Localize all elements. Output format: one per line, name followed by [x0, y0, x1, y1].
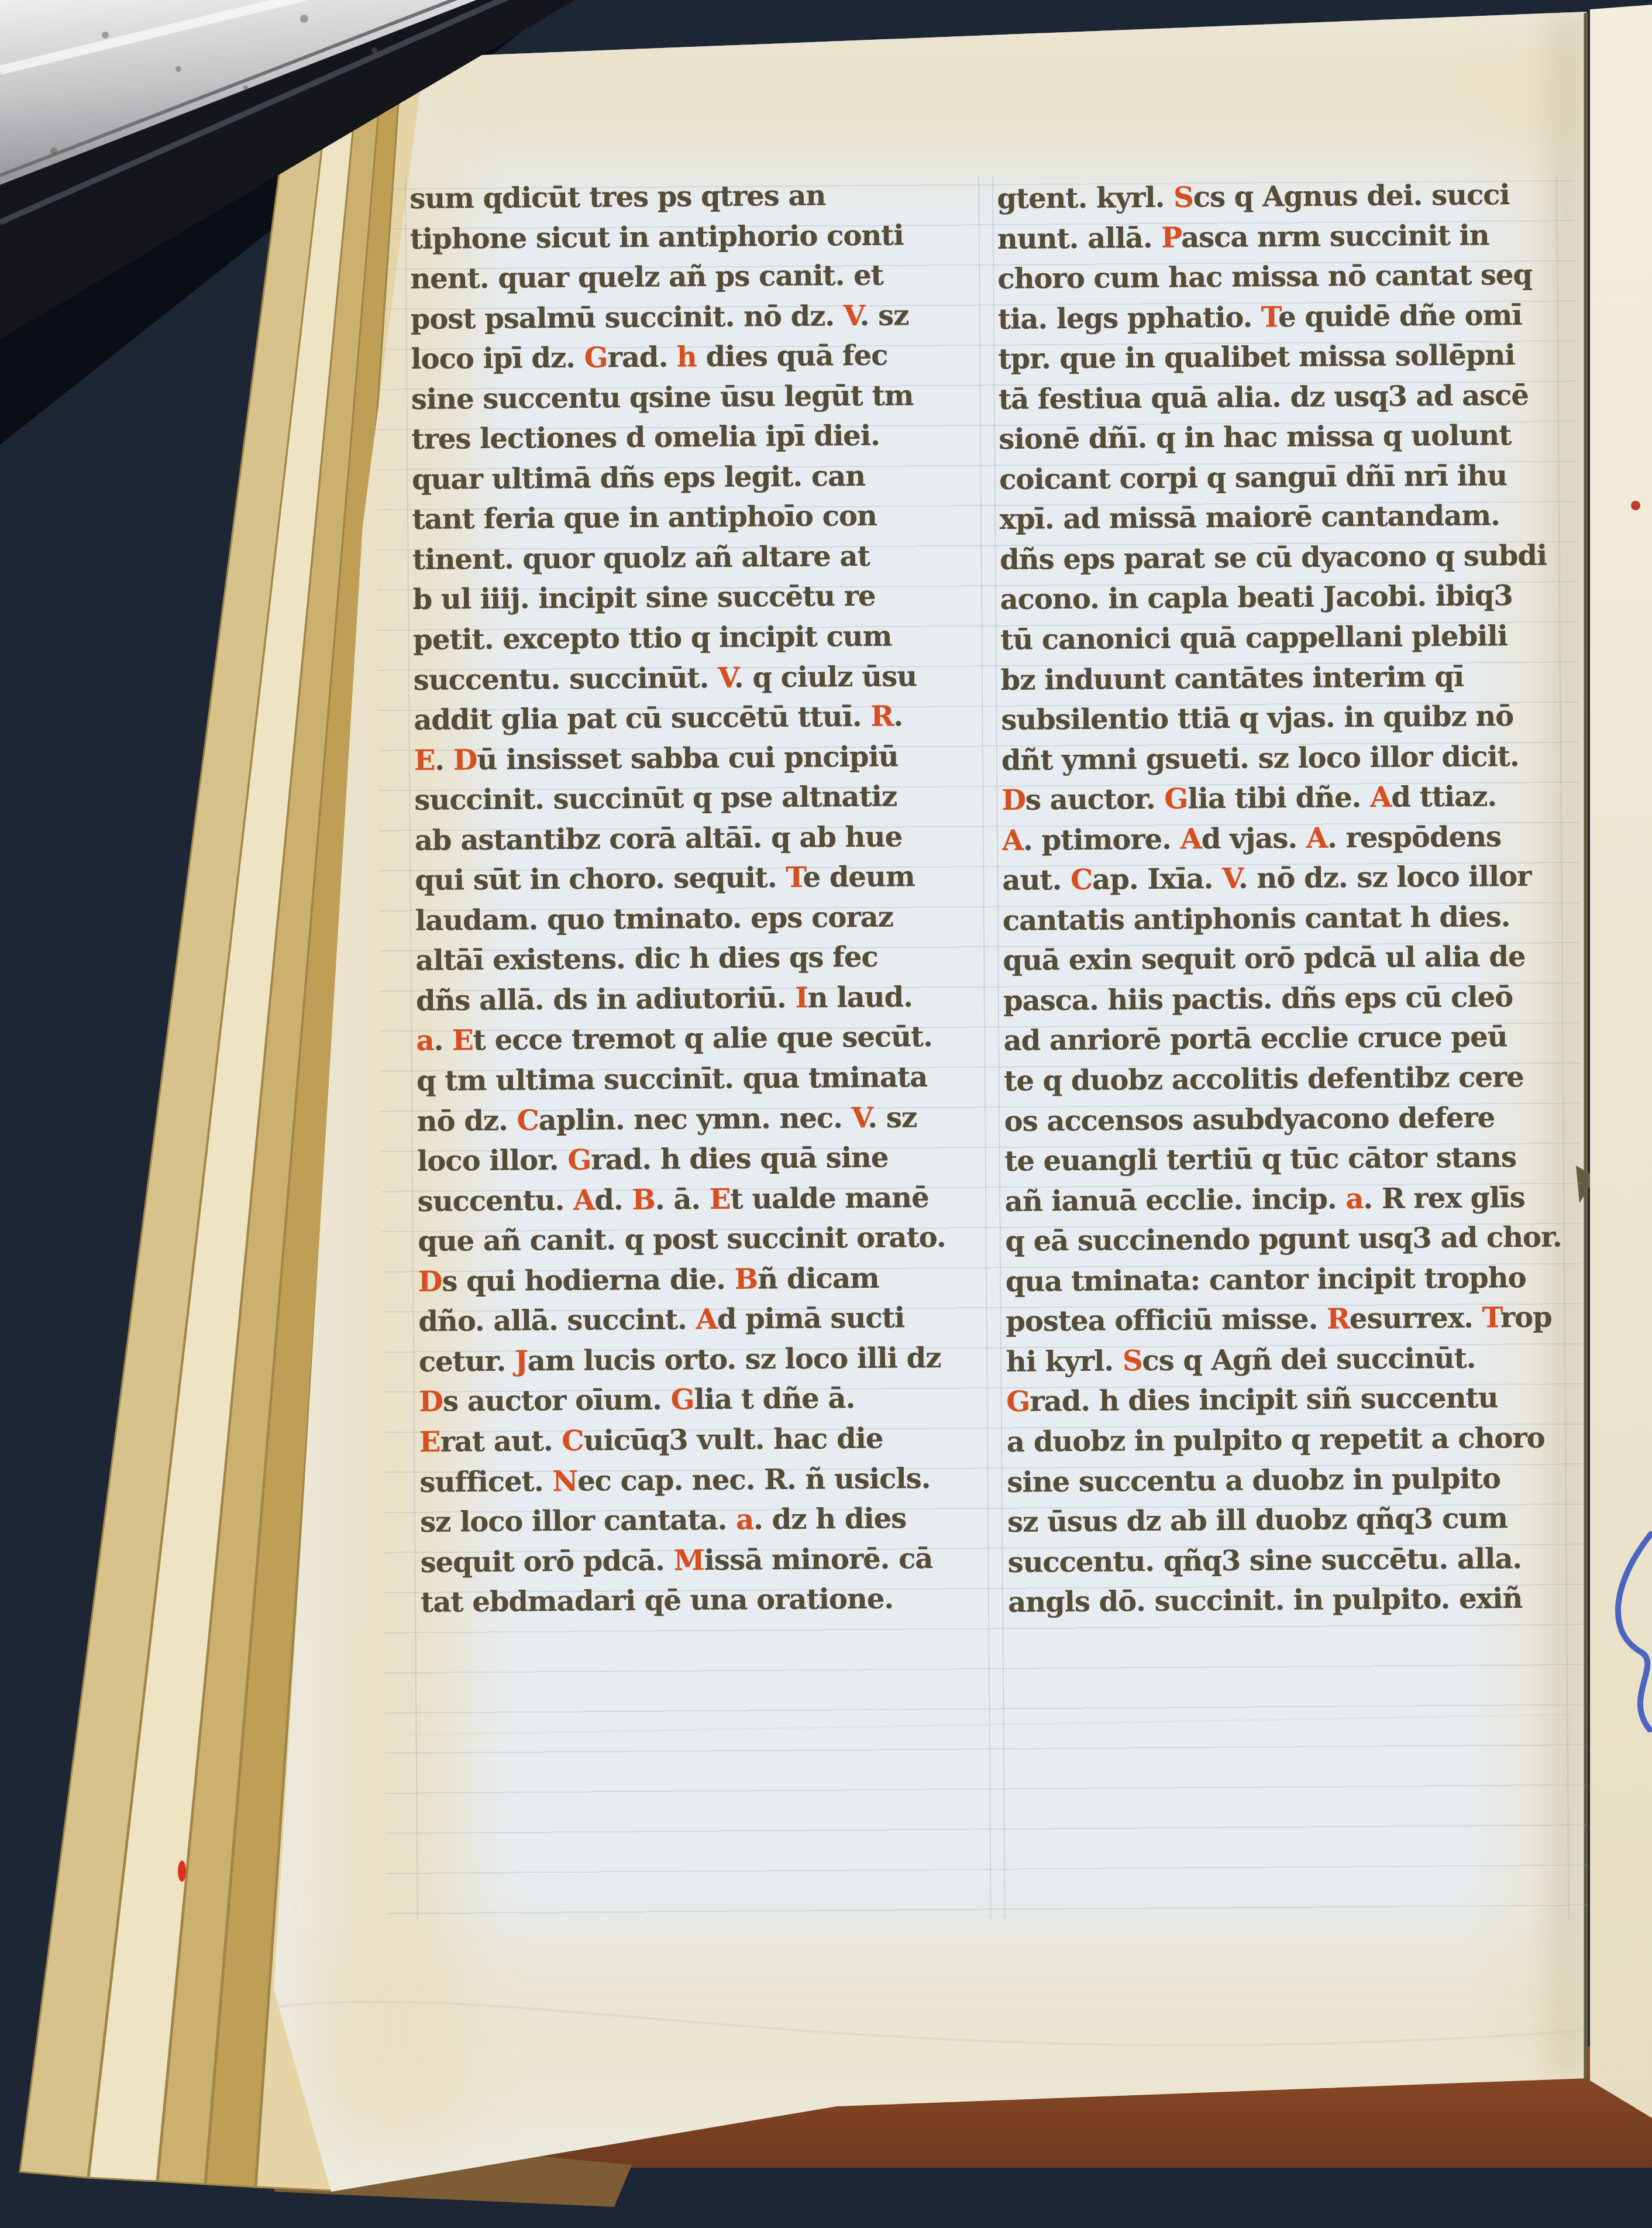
text-line: que añ canit. q post succinit orato.: [418, 1217, 990, 1261]
text-line: subsilentio ttiā q vjas. in quibz nō: [1001, 696, 1564, 741]
rubric-initial: V: [844, 300, 860, 332]
rubric-initial: D: [419, 1385, 443, 1418]
rubric-initial: G: [1006, 1385, 1030, 1418]
text-line: añ ianuā ecclie. incip. a. R rex glīs: [1004, 1177, 1568, 1222]
rubric-initial: T: [1482, 1302, 1500, 1335]
rubric-initial: A: [1370, 781, 1392, 814]
rubric-initial: h: [677, 341, 697, 373]
text-line: os accensos asubdyacono defere: [1004, 1097, 1567, 1141]
text-column-right: gtent. kyrl. Scs q Agnus dei. succinunt.…: [997, 174, 1571, 1622]
text-line: nunt. allā. Pasca nrm succinit in: [997, 215, 1561, 259]
text-line: ad anriorē portā ecclie cruce peū: [1003, 1017, 1567, 1061]
text-line: choro cum hac missa nō cantat seq: [997, 255, 1561, 300]
text-line: tres lectiones d omelia ipī diei.: [411, 415, 984, 460]
rubric-initial: E: [710, 1182, 731, 1215]
text-line: Ds qui hodierna die. Bñ dicam: [418, 1257, 991, 1302]
text-line: qua tminata: cantor incipit tropho: [1006, 1257, 1569, 1302]
text-line: sufficet. Nec cap. nec. R. ñ usicls.: [419, 1458, 992, 1502]
rubric-initial: B: [734, 1263, 758, 1295]
text-line: coicant corpi q sanguī dñī nrī ihu: [999, 455, 1562, 500]
text-line: tā festiua quā alia. dz usq3 ad ascē: [999, 375, 1562, 420]
rubric-initial: a: [1345, 1182, 1364, 1215]
text-line: xpī. ad missā maiorē cantandam.: [999, 496, 1562, 540]
text-line: dñs allā. ds in adiutoriū. In laud.: [416, 977, 989, 1021]
text-line: acono. in capla beati Jacobi. ibiq3: [1000, 576, 1563, 620]
text-line: tiphone sicut in antiphorio conti: [410, 215, 983, 259]
text-line: loco ipī dz. Grad. h dies quā fec: [411, 335, 983, 379]
text-column-left: sum qdicūt tres ps qtres antiphone sicut…: [409, 174, 993, 1622]
text-line: gtent. kyrl. Scs q Agnus dei. succi: [997, 174, 1560, 219]
rubric-initial: C: [562, 1425, 584, 1457]
text-line: tant feria que in antiphoīo con: [412, 496, 985, 540]
text-line: Grad. h dies incipit siñ succentu: [1006, 1378, 1570, 1422]
text-line: Erat aut. Cuicūq3 vult. hac die: [419, 1418, 992, 1462]
rubric-initial: R: [1327, 1303, 1350, 1336]
rubric-initial: E: [414, 744, 435, 776]
red-ink-dot: [1631, 501, 1640, 510]
rubric-initial: A: [1002, 824, 1024, 857]
text-line: quā exin sequit orō pdcā ul alia de: [1003, 937, 1566, 981]
text-line: postea officiū misse. Resurrex. Trop: [1006, 1298, 1569, 1342]
rubric-initial: A: [1180, 823, 1202, 855]
text-line: addit glia pat cū succētū ttuī. R.: [414, 696, 986, 740]
rubric-initial: E: [452, 1024, 473, 1057]
rubric-initial: C: [1071, 864, 1093, 896]
rubric-initial: A: [696, 1303, 717, 1336]
rubric-initial: D: [1001, 784, 1025, 817]
text-line: tpr. que in qualibet missa sollēpni: [998, 335, 1561, 380]
text-line: sionē dñī. q in hac missa q uolunt: [999, 415, 1562, 460]
text-line: te euangli tertiū q tūc cātor stans: [1004, 1137, 1568, 1182]
rubric-initial: G: [1164, 783, 1188, 816]
text-line: q eā succinendo pgunt usq3 ad chor.: [1005, 1218, 1568, 1262]
text-line: tū canonici quā cappellani plebili: [1000, 616, 1564, 660]
rubric-initial: T: [1261, 301, 1279, 333]
text-line: q tm ultima succinīt. qua tminata: [417, 1057, 989, 1101]
rubric-initial: V: [1222, 862, 1238, 895]
text-line: nō dz. Caplin. nec ymn. nec. V. sz: [417, 1097, 989, 1141]
text-line: altāī existens. dic h dies qs fec: [415, 937, 988, 981]
rubric-initial: I: [795, 982, 808, 1015]
text-line: dñt ymni gsueti. sz loco illor dicit.: [1001, 736, 1565, 781]
text-line: succinit. succinūt q pse altnatiz: [414, 776, 987, 820]
rubric-initial: V: [851, 1101, 868, 1134]
rubric-initial: T: [786, 861, 803, 894]
text-line: tat ebdmadari qē una oratione.: [421, 1578, 993, 1622]
rubric-initial: N: [552, 1464, 577, 1497]
text-line: sz loco illor cantata. a. dz h dies: [420, 1498, 993, 1542]
rubric-initial: G: [670, 1384, 694, 1416]
text-line: b ul iiij. incipit sine succētu re: [412, 576, 985, 620]
text-line: dño. allā. succint. Ad pimā sucti: [418, 1298, 991, 1342]
text-line: loco illor. Grad. h dies quā sine: [417, 1137, 990, 1181]
rubric-initial: S: [1123, 1345, 1142, 1377]
text-line: tinent. quor quolz añ altare at: [412, 535, 985, 580]
rubric-initial: D: [418, 1265, 442, 1298]
text-line: sz ūsus dz ab ill duobz qñq3 cum: [1007, 1498, 1571, 1542]
manuscript-photo: sum qdicūt tres ps qtres antiphone sicut…: [0, 0, 1652, 2228]
text-line: E. Dū insisset sabba cui pncipiū: [414, 736, 987, 781]
text-line: ab astantibz corā altāī. q ab hue: [415, 816, 987, 861]
text-line: a duobz in pulpito q repetit a choro: [1007, 1418, 1570, 1462]
rubric-initial: P: [1161, 221, 1181, 254]
text-line: tia. legs pphatio. Te quidē dñe omī: [998, 295, 1561, 339]
rubric-initial: A: [1306, 821, 1328, 854]
text-line: laudam. quo tminato. eps coraz: [415, 896, 988, 941]
text-line: dñs eps parat se cū dyacono q subdi: [1000, 535, 1563, 580]
text-line: succentu. Ad. B. ā. Et ualde manē: [417, 1177, 990, 1222]
text-line: petit. excepto ttio q incipit cum: [413, 616, 986, 660]
text-line: qui sūt in choro. sequit. Te deum: [415, 857, 987, 901]
text-line: pasca. hiis pactis. dñs eps cū cleō: [1003, 977, 1567, 1021]
rubric-initial: V: [718, 661, 734, 694]
red-drip-mark: [178, 1861, 186, 1882]
text-line: cantatis antiphonis cantat h dies.: [1003, 896, 1566, 941]
text-line: succentu. succinūt. V. q ciulz ūsu: [413, 656, 986, 700]
rubric-initial: a: [416, 1024, 434, 1057]
text-line: cetur. Jam lucis orto. sz loco illi dz: [419, 1338, 992, 1382]
rubric-initial: B: [632, 1183, 655, 1216]
text-line: sine succentu a duobz in pulpito: [1007, 1458, 1570, 1502]
text-line: te q duobz accolitis defentibz cere: [1004, 1057, 1567, 1101]
text-line: angls dō. succinit. in pulpito. exiñ: [1008, 1579, 1571, 1623]
text-line: quar ultimā dñs eps legit. can: [412, 455, 985, 500]
text-line: a. Et ecce tremot q alie que secūt.: [416, 1017, 989, 1061]
rubric-initial: S: [1173, 181, 1193, 214]
text-line: Ds auctor. Glia tibi dñe. Ad ttiaz.: [1001, 776, 1565, 821]
text-line: A. ptimore. Ad vjas. A. respōdens: [1002, 816, 1565, 861]
text-line: sequit orō pdcā. Missā minorē. cā: [420, 1538, 993, 1583]
text-line: sum qdicūt tres ps qtres an: [409, 174, 982, 219]
facing-page-edge: [1590, 5, 1652, 2118]
rubric-initial: R: [870, 700, 893, 733]
rubric-initial: G: [584, 342, 607, 374]
rubric-initial: E: [419, 1426, 440, 1459]
text-line: succentu. qñq3 sine succētu. alla.: [1007, 1538, 1571, 1583]
rubric-initial: M: [673, 1544, 704, 1577]
rubric-initial: D: [453, 744, 477, 776]
text-line: Ds auctor oīum. Glia t dñe ā.: [419, 1378, 992, 1422]
rubric-initial: G: [567, 1144, 591, 1177]
text-line: hi kyrl. Scs q Agñ dei succinūt.: [1006, 1338, 1570, 1382]
rubric-initial: C: [517, 1104, 539, 1137]
text-line: aut. Cap. Ixīa. V. nō dz. sz loco illor: [1002, 857, 1565, 901]
text-line: nent. quar quelz añ ps canit. et: [410, 255, 983, 299]
rubric-initial: a: [736, 1503, 754, 1536]
text-line: bz induunt cantātes interim qī: [1000, 656, 1564, 700]
rubric-initial: A: [573, 1184, 595, 1216]
text-line: sine succentu qsine ūsu legūt tm: [411, 375, 984, 420]
rubric-initial: J: [515, 1345, 528, 1377]
text-line: post psalmū succinit. nō dz. V. sz: [411, 295, 983, 339]
